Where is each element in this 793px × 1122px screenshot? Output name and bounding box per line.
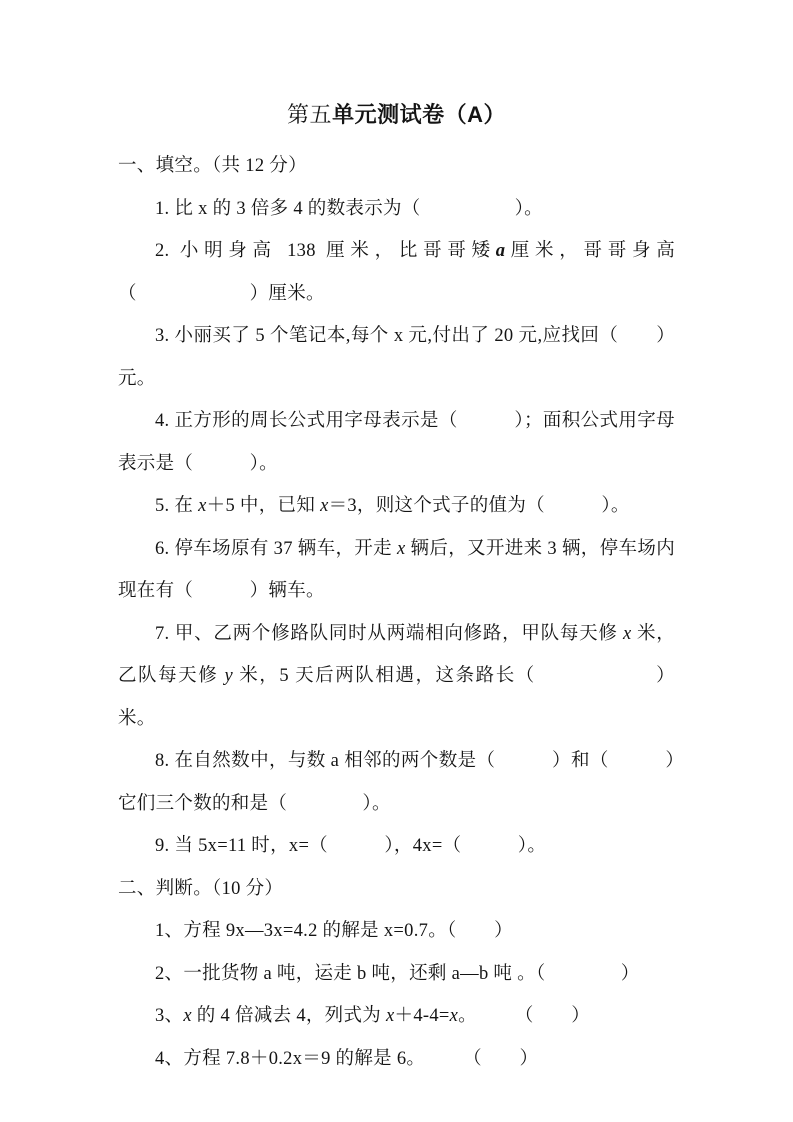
test-paper-page: 第五单元测试卷（A） 一、填空。（共 12 分）1. 比 x 的 3 倍多 4 … [0,0,793,1122]
document-body: 一、填空。（共 12 分）1. 比 x 的 3 倍多 4 的数表示为（ ）。2.… [118,145,675,1080]
question-text: 9. 当 5x=11 时，x=（ ），4x=（ ）。 [118,825,675,868]
text-segment: 6. 停车场原有 37 辆车，开走 [155,539,397,559]
text-segment: x [450,1006,459,1026]
question-text: 1. 比 x 的 3 倍多 4 的数表示为（ ）。 [118,188,675,231]
text-segment: x [183,1006,192,1026]
text-segment: x [386,1006,395,1026]
question-text: 3. 小丽买了 5 个笔记本,每个 x 元,付出了 20 元,应找回（ ）元。 [118,315,675,400]
section-1: 一、填空。（共 12 分）1. 比 x 的 3 倍多 4 的数表示为（ ）。2.… [118,145,675,868]
text-segment: 9. 当 5x=11 时，x=（ ），4x=（ ）。 [155,836,546,856]
section-heading: 一、填空。（共 12 分） [118,145,675,188]
question-text: 4、方程 7.8＋0.2x＝9 的解是 6。 （ ） [118,1038,675,1081]
text-segment: ＝3，则这个式子的值为（ ）。 [329,496,630,516]
text-segment: 3、 [155,1006,183,1026]
text-segment: x [320,496,329,516]
text-segment: 1、方程 9x—3x=4.2 的解是 x=0.7。（ ） [155,921,513,941]
question-text: 2、一批货物 a 吨，运走 b 吨，还剩 a—b 吨 。（ ） [118,953,675,996]
text-segment: 2. 小明身高 138 厘米，比哥哥矮 [155,241,496,261]
text-segment: x [198,496,207,516]
text-segment: a [496,241,506,261]
text-segment: ＋5 中，已知 [207,496,320,516]
text-segment: 。 （ ） [458,1006,590,1026]
question-text: 5. 在 x＋5 中，已知 x＝3，则这个式子的值为（ ）。 [118,485,675,528]
title-prefix: 第五 [287,102,332,127]
text-segment: 7. 甲、乙两个修路队同时从两端相向修路，甲队每天修 [155,624,623,644]
section-heading: 二、判断。（10 分） [118,868,675,911]
question-text: 4. 正方形的周长公式用字母表示是（ ）；面积公式用字母表示是（ ）。 [118,400,675,485]
text-segment: y [225,666,234,686]
section-2: 二、判断。（10 分）1、方程 9x—3x=4.2 的解是 x=0.7。（ ）2… [118,868,675,1081]
text-segment: 8. 在自然数中，与数 a 相邻的两个数是（ ）和（ ）它们三个数的和是（ ）。 [118,751,675,814]
text-segment: ＋4-4= [395,1006,450,1026]
question-text: 8. 在自然数中，与数 a 相邻的两个数是（ ）和（ ）它们三个数的和是（ ）。 [118,740,675,825]
text-segment: 5. 在 [155,496,198,516]
question-text: 3、x 的 4 倍减去 4，列式为 x＋4-4=x。 （ ） [118,995,675,1038]
text-segment: x [623,624,632,644]
question-text: 6. 停车场原有 37 辆车，开走 x 辆后，又开进来 3 辆，停车场内现在有（… [118,528,675,613]
question-text: 7. 甲、乙两个修路队同时从两端相向修路，甲队每天修 x 米，乙队每天修 y 米… [118,613,675,741]
text-segment: x [397,539,406,559]
text-segment: 4、方程 7.8＋0.2x＝9 的解是 6。 （ ） [155,1049,538,1069]
question-text: 2. 小明身高 138 厘米，比哥哥矮a厘米，哥哥身高（ ）厘米。 [118,230,675,315]
question-text: 1、方程 9x—3x=4.2 的解是 x=0.7。（ ） [118,910,675,953]
text-segment: 的 4 倍减去 4，列式为 [192,1006,386,1026]
text-segment: 3. 小丽买了 5 个笔记本,每个 x 元,付出了 20 元,应找回（ ）元。 [118,326,675,389]
text-segment: 2、一批货物 a 吨，运走 b 吨，还剩 a—b 吨 。（ ） [155,964,640,984]
text-segment: 4. 正方形的周长公式用字母表示是（ ）；面积公式用字母表示是（ ）。 [118,411,675,474]
title-main: 单元测试卷（A） [332,102,506,127]
text-segment: 1. 比 x 的 3 倍多 4 的数表示为（ ）。 [155,199,543,219]
page-title: 第五单元测试卷（A） [118,98,675,132]
